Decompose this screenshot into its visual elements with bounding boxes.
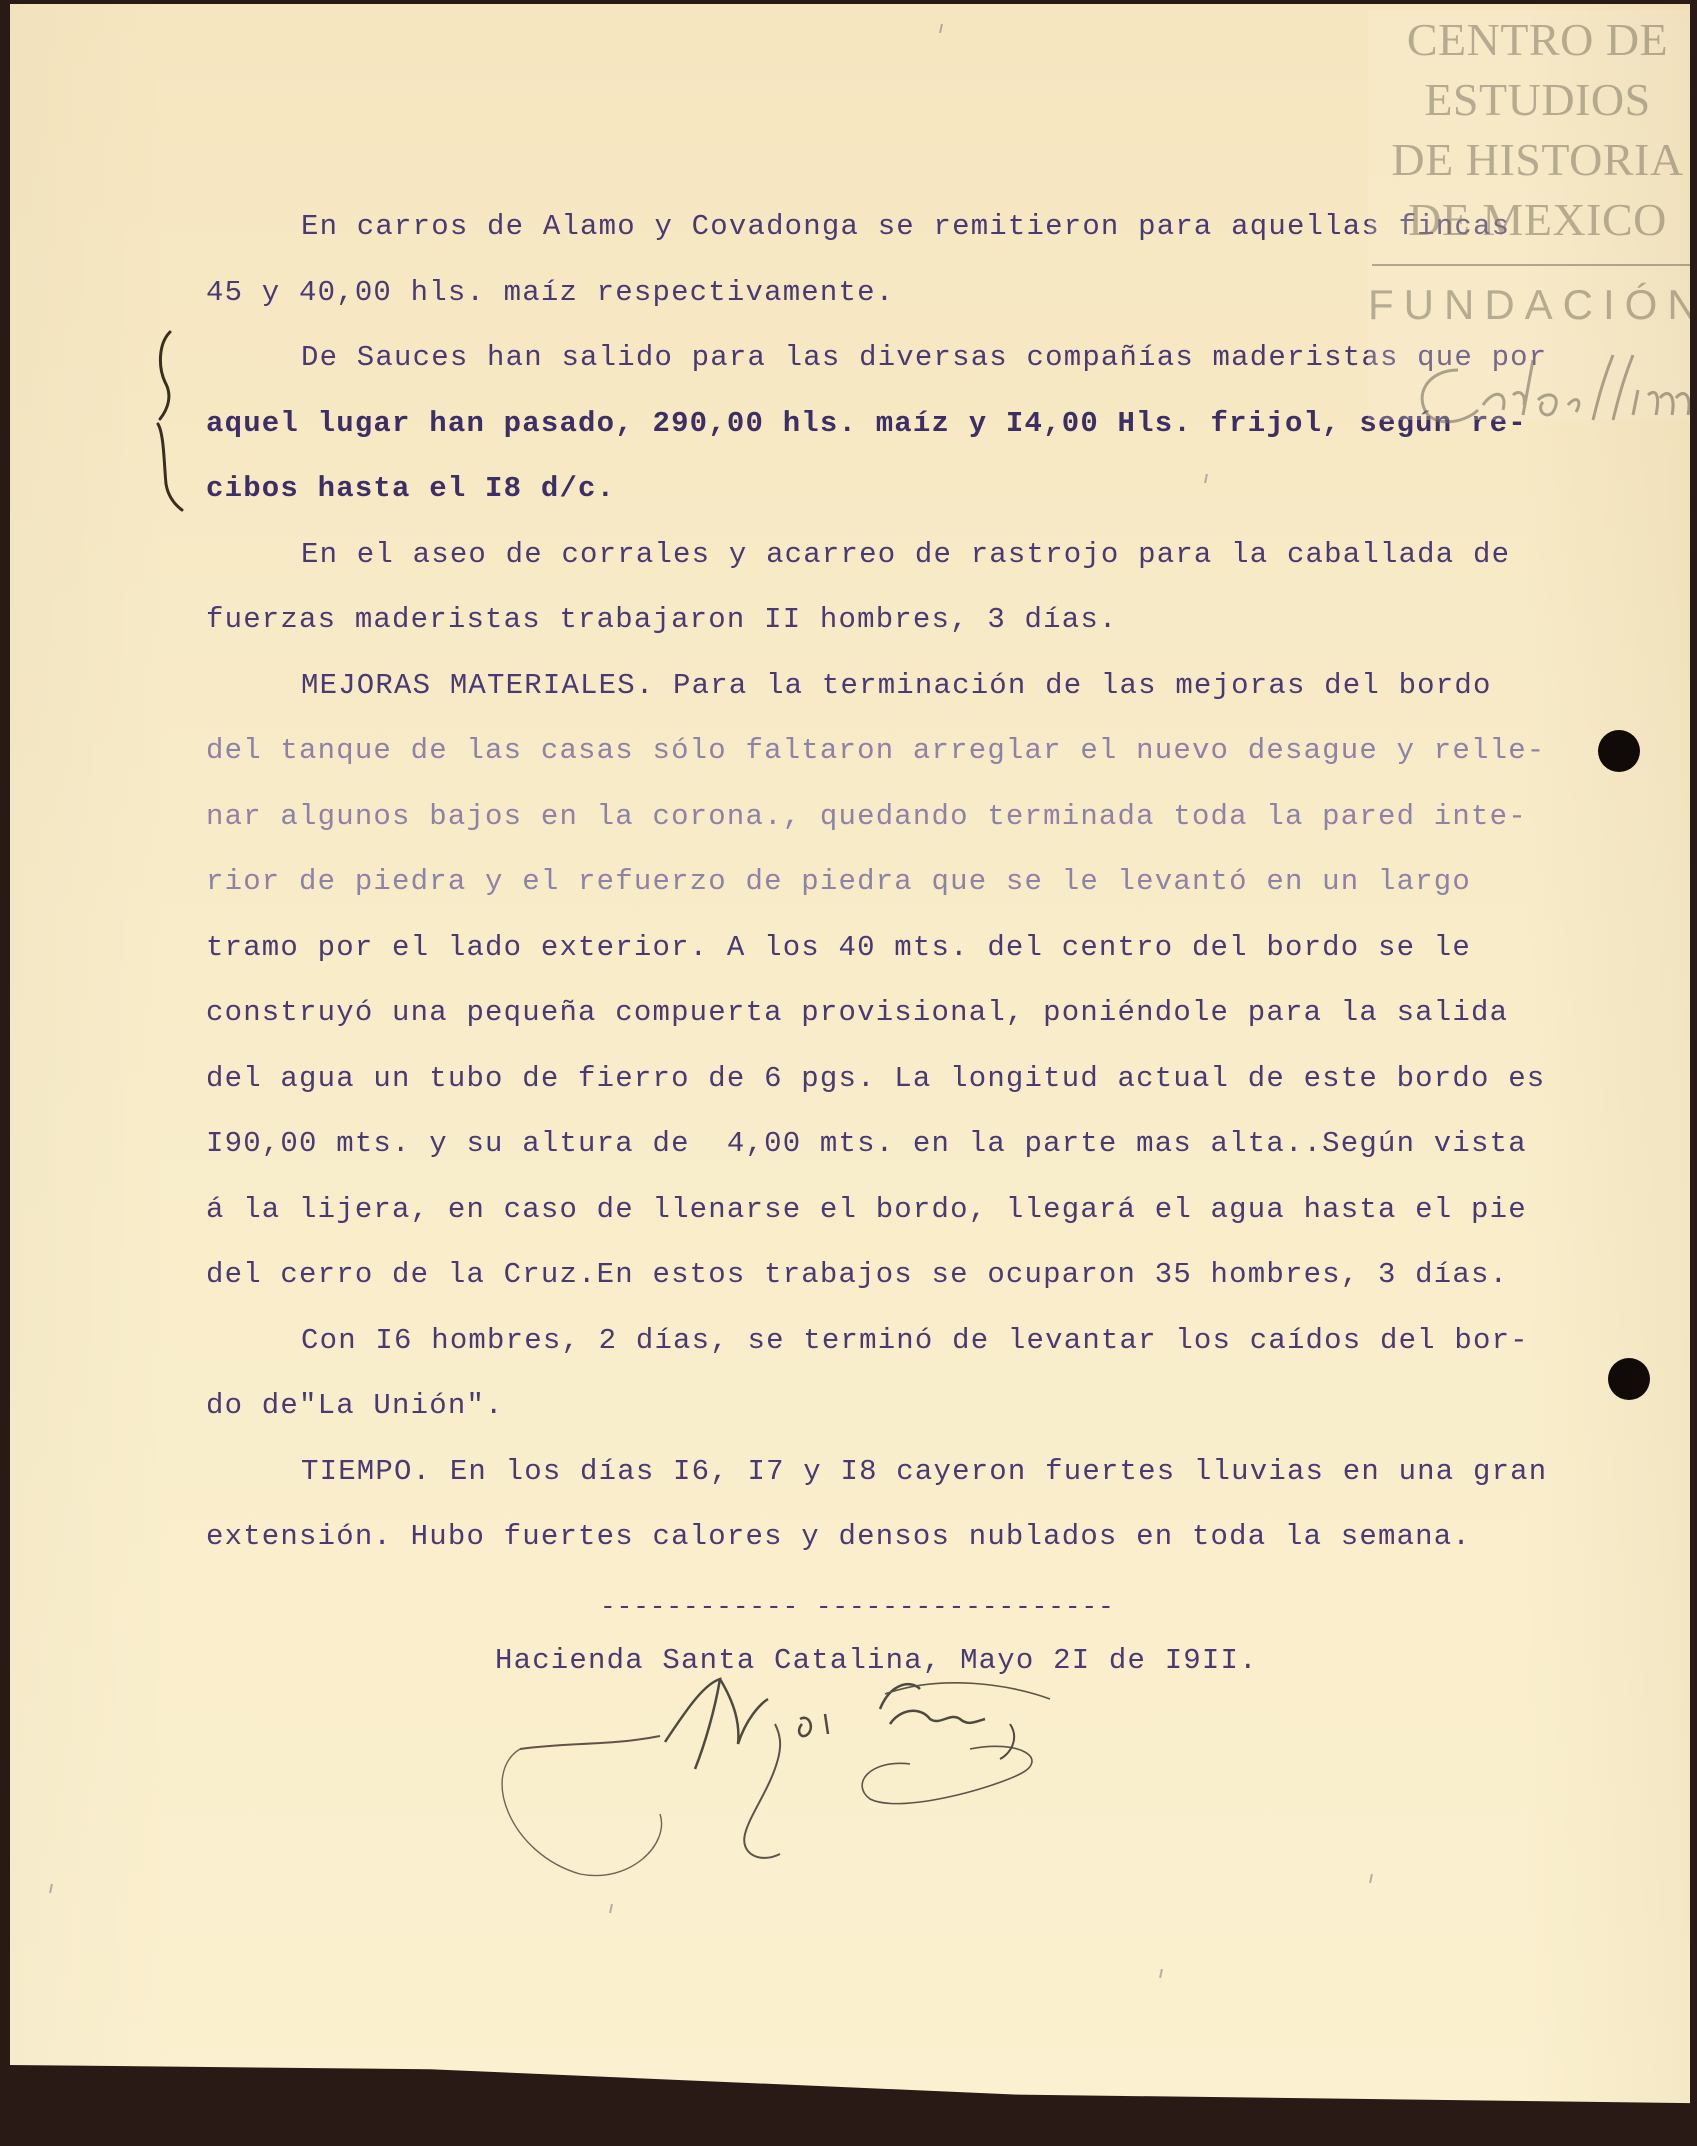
paragraph-6-line-2: extensión. Hubo fuertes calores y densos…	[206, 1504, 1626, 1570]
paragraph-4-line-7: del agua un tubo de fierro de 6 pgs. La …	[206, 1046, 1626, 1112]
paragraph-4-line-6: construyó una pequeña compuerta provisio…	[206, 980, 1626, 1046]
paragraph-4-line-2: del tanque de las casas sólo faltaron ar…	[206, 718, 1626, 784]
margin-bracket-icon	[148, 324, 208, 514]
paragraph-6-line-1: TIEMPO. En los días I6, I7 y I8 cayeron …	[206, 1439, 1626, 1505]
watermark-line-1: CENTRO DE	[1368, 10, 1697, 70]
archive-watermark: CENTRO DE ESTUDIOS DE HISTORIA DE MEXICO…	[1368, 10, 1697, 420]
watermark-divider	[1372, 264, 1697, 266]
paragraph-5-line-1: Con I6 hombres, 2 días, se terminó de le…	[206, 1308, 1626, 1374]
scanned-page: En carros de Alamo y Covadonga se remiti…	[0, 0, 1697, 2146]
paper-sheet: En carros de Alamo y Covadonga se remiti…	[10, 4, 1690, 2120]
watermark-line-3: DE HISTORIA	[1368, 130, 1697, 190]
typed-divider: ------------ ------------------	[600, 1592, 1115, 1622]
watermark-line-2: ESTUDIOS	[1368, 70, 1697, 130]
watermark-script-signature-icon	[1398, 350, 1697, 430]
handwritten-signature	[490, 1664, 1210, 1884]
paragraph-4-line-9: á la lijera, en caso de llenarse el bord…	[206, 1177, 1626, 1243]
paragraph-4-line-5: tramo por el lado exterior. A los 40 mts…	[206, 915, 1626, 981]
paragraph-3-line-2: fuerzas maderistas trabajaron II hombres…	[206, 587, 1626, 653]
punch-hole-lower	[1608, 1358, 1650, 1400]
paragraph-4-line-10: del cerro de la Cruz.En estos trabajos s…	[206, 1242, 1626, 1308]
paragraph-2-line-3: cibos hasta el I8 d/c.	[206, 456, 1626, 522]
paragraph-4-line-8: I90,00 mts. y su altura de 4,00 mts. en …	[206, 1111, 1626, 1177]
watermark-line-4: DE MEXICO	[1368, 190, 1697, 250]
paragraph-5-line-2: do de"La Unión".	[206, 1373, 1626, 1439]
paragraph-3-line-1: En el aseo de corrales y acarreo de rast…	[206, 522, 1626, 588]
paragraph-4-line-3: nar algunos bajos en la corona., quedand…	[206, 784, 1626, 850]
watermark-foundation: FUNDACIÓN	[1368, 280, 1697, 330]
paragraph-4-line-4: rior de piedra y el refuerzo de piedra q…	[206, 849, 1626, 915]
punch-hole-upper	[1598, 730, 1640, 772]
paragraph-4-line-1: MEJORAS MATERIALES. Para la terminación …	[206, 653, 1626, 719]
